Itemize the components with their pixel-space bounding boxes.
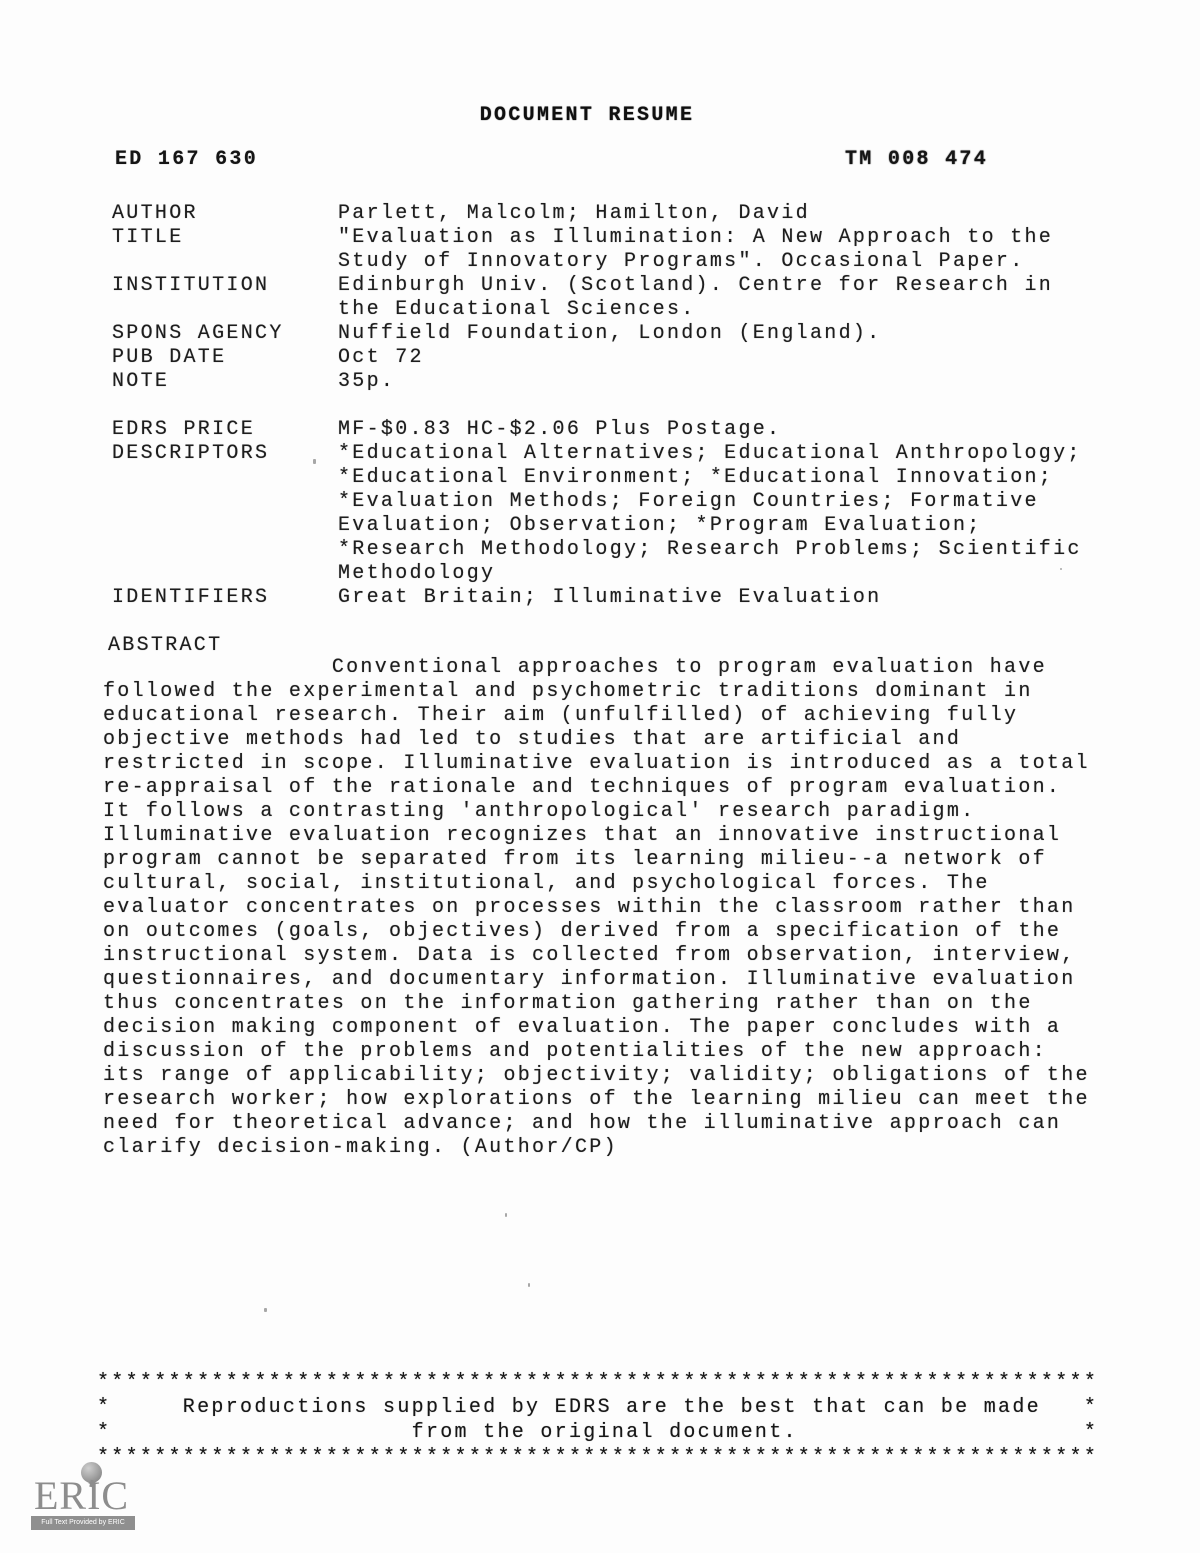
scan-speck bbox=[1060, 568, 1062, 570]
scan-speck bbox=[264, 1308, 267, 1312]
tm-number: TM 008 474 bbox=[845, 148, 988, 172]
abstract-line: It follows a contrasting 'anthropologica… bbox=[103, 800, 1143, 824]
field-row: EDRS PRICEMF-$0.83 HC-$2.06 Plus Postage… bbox=[112, 418, 1122, 442]
footer-notice: ****************************************… bbox=[97, 1370, 1098, 1470]
field-row: TITLE"Evaluation as Illumination: A New … bbox=[112, 226, 1122, 250]
field-value-line: the Educational Sciences. bbox=[338, 298, 1122, 322]
field-label: NOTE bbox=[112, 370, 338, 394]
field-row: AUTHORParlett, Malcolm; Hamilton, David bbox=[112, 202, 1122, 226]
footer-line: * Reproductions supplied by EDRS are the… bbox=[97, 1395, 1098, 1420]
scan-speck bbox=[505, 1213, 507, 1217]
field-row: the Educational Sciences. bbox=[112, 298, 1122, 322]
abstract-line: re-appraisal of the rationale and techni… bbox=[103, 776, 1143, 800]
abstract-line: decision making component of evaluation.… bbox=[103, 1016, 1143, 1040]
field-row: IDENTIFIERSGreat Britain; Illuminative E… bbox=[112, 586, 1122, 610]
field-value-line: Oct 72 bbox=[338, 346, 1122, 370]
abstract-line: clarify decision-making. (Author/CP) bbox=[103, 1136, 1143, 1160]
eric-logo: ERIC Full Text Provided by ERIC bbox=[28, 1464, 148, 1536]
field-label: IDENTIFIERS bbox=[112, 586, 338, 610]
field-row: *Research Methodology; Research Problems… bbox=[112, 538, 1122, 562]
fields-list: AUTHORParlett, Malcolm; Hamilton, DavidT… bbox=[112, 202, 1122, 610]
abstract-body: Conventional approaches to program evalu… bbox=[103, 656, 1143, 1160]
field-label: SPONS AGENCY bbox=[112, 322, 338, 346]
abstract-line: on outcomes (goals, objectives) derived … bbox=[103, 920, 1143, 944]
field-row: Study of Innovatory Programs". Occasiona… bbox=[112, 250, 1122, 274]
footer-line: ****************************************… bbox=[97, 1445, 1098, 1470]
field-row: Methodology bbox=[112, 562, 1122, 586]
field-value-line: Study of Innovatory Programs". Occasiona… bbox=[338, 250, 1122, 274]
field-label bbox=[112, 538, 338, 562]
field-value-line: "Evaluation as Illumination: A New Appro… bbox=[338, 226, 1122, 250]
abstract-line: questionnaires, and documentary informat… bbox=[103, 968, 1143, 992]
field-value-line: Evaluation; Observation; *Program Evalua… bbox=[338, 514, 1122, 538]
field-row: *Educational Environment; *Educational I… bbox=[112, 466, 1122, 490]
field-value-line: *Evaluation Methods; Foreign Countries; … bbox=[338, 490, 1122, 514]
field-value-line: Nuffield Foundation, London (England). bbox=[338, 322, 1122, 346]
field-row: PUB DATEOct 72 bbox=[112, 346, 1122, 370]
field-label bbox=[112, 466, 338, 490]
field-value-line: *Educational Alternatives; Educational A… bbox=[338, 442, 1122, 466]
field-label: TITLE bbox=[112, 226, 338, 250]
field-label bbox=[112, 514, 338, 538]
field-value-line: Parlett, Malcolm; Hamilton, David bbox=[338, 202, 1122, 226]
field-gap bbox=[112, 394, 1122, 418]
field-label bbox=[112, 490, 338, 514]
field-row: INSTITUTIONEdinburgh Univ. (Scotland). C… bbox=[112, 274, 1122, 298]
abstract-line: Conventional approaches to program evalu… bbox=[103, 656, 1143, 680]
field-row: *Evaluation Methods; Foreign Countries; … bbox=[112, 490, 1122, 514]
abstract-line: evaluator concentrates on processes with… bbox=[103, 896, 1143, 920]
abstract-line: cultural, social, institutional, and psy… bbox=[103, 872, 1143, 896]
abstract-line: educational research. Their aim (unfulfi… bbox=[103, 704, 1143, 728]
footer-line: ****************************************… bbox=[97, 1370, 1098, 1395]
field-label bbox=[112, 298, 338, 322]
field-value-line: Methodology bbox=[338, 562, 1122, 586]
abstract-label: ABSTRACT bbox=[108, 634, 222, 658]
abstract-line: Illuminative evaluation recognizes that … bbox=[103, 824, 1143, 848]
field-label: DESCRIPTORS bbox=[112, 442, 338, 466]
abstract-line: followed the experimental and psychometr… bbox=[103, 680, 1143, 704]
field-value-line: *Research Methodology; Research Problems… bbox=[338, 538, 1122, 562]
eric-logo-banner: Full Text Provided by ERIC bbox=[31, 1516, 135, 1530]
field-label bbox=[112, 250, 338, 274]
abstract-line: program cannot be separated from its lea… bbox=[103, 848, 1143, 872]
field-row: Evaluation; Observation; *Program Evalua… bbox=[112, 514, 1122, 538]
scan-speck bbox=[528, 1283, 530, 1287]
scan-speck bbox=[313, 459, 316, 464]
ed-number: ED 167 630 bbox=[115, 148, 258, 172]
document-page: DOCUMENT RESUME ED 167 630 TM 008 474 AU… bbox=[0, 0, 1200, 1553]
field-label: AUTHOR bbox=[112, 202, 338, 226]
abstract-line: objective methods had led to studies tha… bbox=[103, 728, 1143, 752]
abstract-line: instructional system. Data is collected … bbox=[103, 944, 1143, 968]
field-value-line: *Educational Environment; *Educational I… bbox=[338, 466, 1122, 490]
eric-logo-text: ERIC bbox=[34, 1476, 129, 1516]
field-value-line: 35p. bbox=[338, 370, 1122, 394]
field-value-line: MF-$0.83 HC-$2.06 Plus Postage. bbox=[338, 418, 1122, 442]
field-row: SPONS AGENCYNuffield Foundation, London … bbox=[112, 322, 1122, 346]
field-row: DESCRIPTORS*Educational Alternatives; Ed… bbox=[112, 442, 1122, 466]
field-label: INSTITUTION bbox=[112, 274, 338, 298]
abstract-line: restricted in scope. Illuminative evalua… bbox=[103, 752, 1143, 776]
abstract-line: discussion of the problems and potential… bbox=[103, 1040, 1143, 1064]
abstract-line: its range of applicability; objectivity;… bbox=[103, 1064, 1143, 1088]
abstract-line: need for theoretical advance; and how th… bbox=[103, 1112, 1143, 1136]
footer-line: * from the original document. * bbox=[97, 1420, 1098, 1445]
field-label bbox=[112, 562, 338, 586]
field-value-line: Great Britain; Illuminative Evaluation bbox=[338, 586, 1122, 610]
abstract-line: thus concentrates on the information gat… bbox=[103, 992, 1143, 1016]
abstract-line: research worker; how explorations of the… bbox=[103, 1088, 1143, 1112]
field-value-line: Edinburgh Univ. (Scotland). Centre for R… bbox=[338, 274, 1122, 298]
document-title: DOCUMENT RESUME bbox=[0, 104, 1174, 128]
field-label: EDRS PRICE bbox=[112, 418, 338, 442]
field-row: NOTE35p. bbox=[112, 370, 1122, 394]
field-label: PUB DATE bbox=[112, 346, 338, 370]
